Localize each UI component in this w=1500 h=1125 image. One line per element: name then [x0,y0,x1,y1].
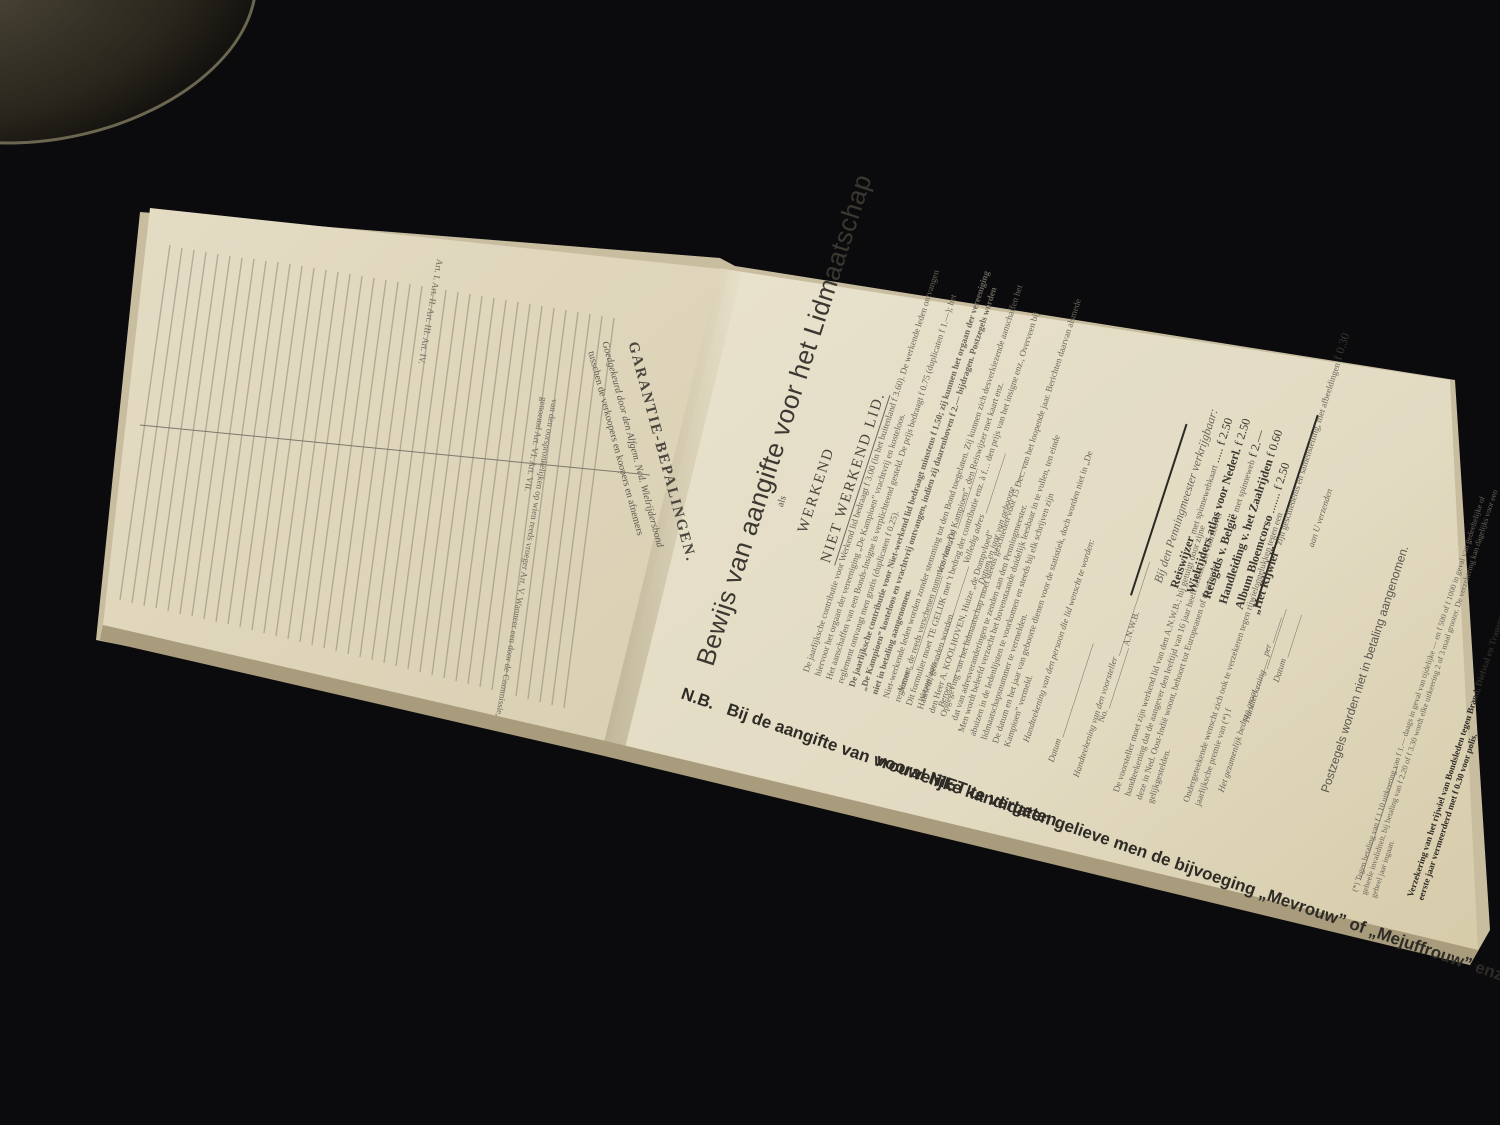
photo-scene: GARANTIE-BEPALINGEN. Goedgekeurd door de… [0,0,1500,1125]
